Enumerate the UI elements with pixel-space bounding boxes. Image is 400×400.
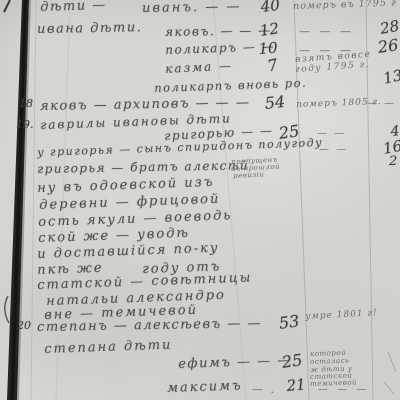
note-block-line: пкѣ же [37,262,104,277]
entry-right-value: 2 [389,155,397,168]
ditto-dashes: — — [367,99,396,109]
ditto-dashes: — — — [299,26,354,37]
entry-name: казма — [165,59,233,75]
entry-right-value: 28 [379,19,400,37]
ditto-dashes: — — — [318,385,369,395]
entry-name: яковъ — архиповъ — — — [40,96,250,113]
entry-name: яковъ. — — — [165,24,272,38]
corner-scribble [388,352,396,372]
entry-age: 53 [278,313,300,332]
entry-label: ивана дѣти. [37,21,142,36]
entry-right-value: 26 [377,37,399,56]
entry-age: 25 [281,352,303,371]
household-number: 20 [17,320,31,331]
entry-name: степанъ — алексѣевъ — — [37,317,262,334]
entry-age: 54 [264,94,286,112]
entry-label: дѣти — [40,0,107,14]
entry-age: 40 [260,0,281,15]
household-number: 18 [19,98,33,109]
entry-right-value: 13 [382,68,400,87]
entry-name: иванъ. — — [142,0,242,15]
manuscript-page: дѣти — иванъ. — — 40 померъ въ 1795 г ив… [0,0,400,400]
entry-name: григорья — братъ алексѣй [37,159,249,175]
entry-name: максимъ [167,379,243,395]
entry-age: 12 [259,21,280,39]
corner-pen-stroke [4,0,10,12]
entry-name: ефимъ — — — [178,354,292,371]
margin-bracket-mark [5,296,9,323]
household-number: 19. [16,119,34,130]
ditto-dashes: — . [252,384,276,395]
margin-rule [31,0,36,400]
entry-age: 21 [286,377,306,394]
ditto-dashes: — — [319,145,348,155]
corner-scribble [384,382,394,394]
